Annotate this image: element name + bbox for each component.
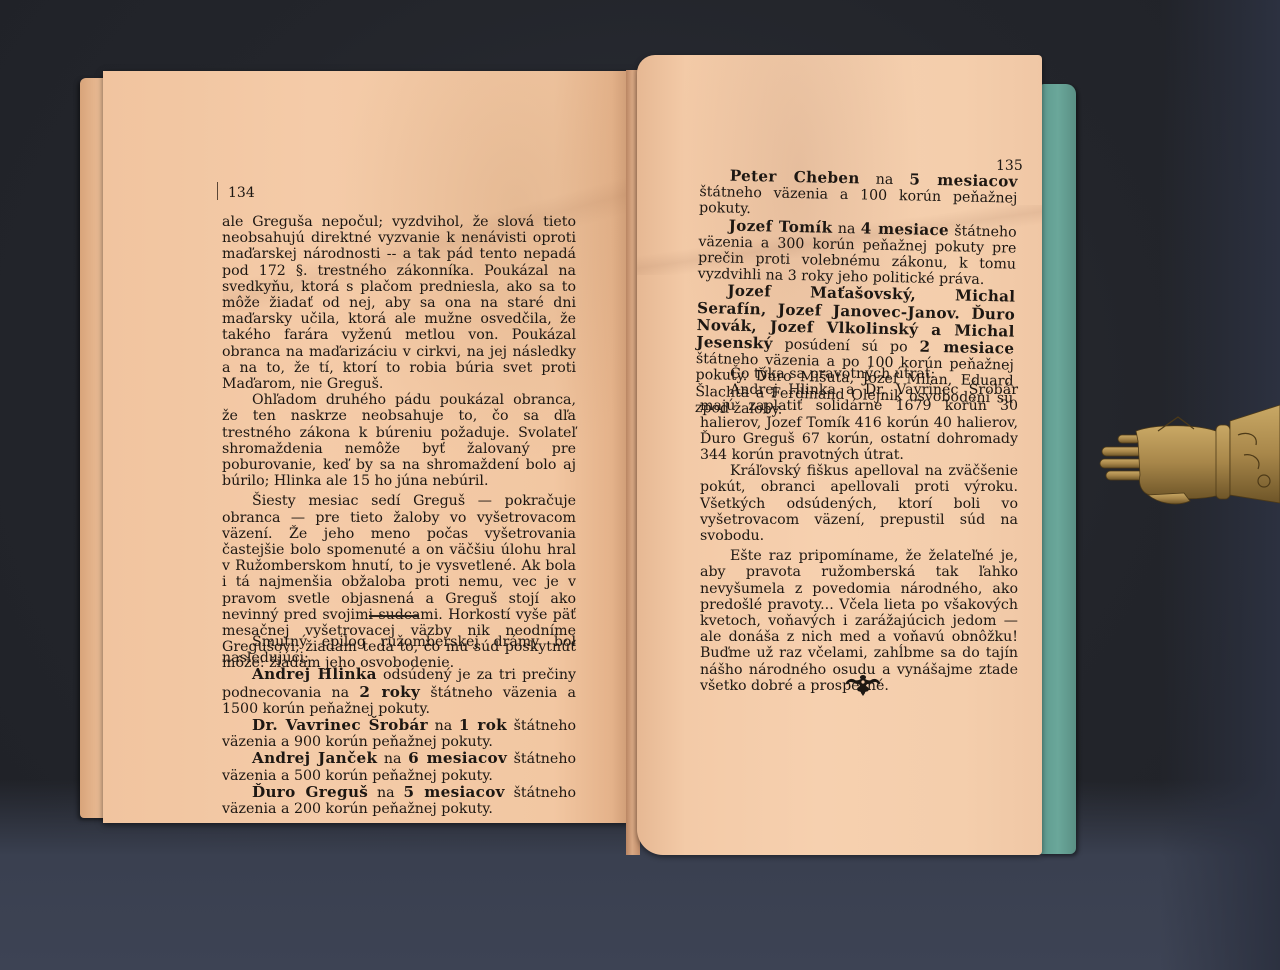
paragraph: Andrej Hlinka a Dr. Vavrinec Šrobár majú…	[700, 382, 1018, 463]
photo-scene: 134 ale Greguša nepočul; vyzdvihol, že s…	[0, 0, 1280, 970]
sentence-term: 4 mesiace	[861, 219, 950, 239]
fleuron-ornament-icon	[841, 672, 885, 698]
sentence-term: 2 roky	[359, 683, 420, 701]
sentence-term: 1 rok	[459, 716, 507, 734]
verdict-entry: Ďuro Greguš na 5 mesiacov štátneho väzen…	[222, 784, 576, 817]
page-number-left: 134	[228, 185, 255, 201]
defendant-name: Andrej Hlinka	[252, 665, 377, 683]
verdict-entry: Jozef Tomík na 4 mesiace štátneho väzeni…	[698, 217, 1017, 289]
defendant-name: Andrej Janček	[252, 749, 377, 767]
sentence-term: 5 mesiacov	[403, 783, 504, 801]
paragraph: Kráľovský fiškus apelloval na zväčšenie …	[700, 463, 1018, 544]
sentence-term: 2 mesiace	[919, 338, 1014, 358]
section-divider	[369, 615, 419, 617]
verdict-entry: Andrej Hlinka odsúdený je za tri prečiny…	[222, 666, 576, 717]
sentence-term: 5 mesiacov	[909, 170, 1018, 190]
green-cover-edge	[1040, 84, 1076, 854]
verdict-entry: Dr. Vavrinec Šrobár na 1 rok štátneho vä…	[222, 717, 576, 750]
verdict-entry: Peter Cheben na 5 mesiacov štátneho väze…	[699, 167, 1018, 223]
defendant-name: Dr. Vavrinec Šrobár	[252, 716, 428, 734]
epilog-section: Smutný epilog ružomberskej drámy bol nas…	[222, 634, 576, 817]
right-page-body: Čo týka sa pravotných útrat: Andrej Hlin…	[700, 366, 1018, 694]
defendant-name: Ďuro Greguš	[252, 783, 368, 801]
paragraph: Ohľadom druhého pádu poukázal obranca, ž…	[222, 392, 576, 489]
defendant-name: Jozef Tomík	[729, 216, 833, 236]
paragraph: Čo týka sa pravotných útrat:	[700, 366, 1018, 382]
verdict-entry: Andrej Janček na 6 mesiacov štátneho väz…	[222, 750, 576, 783]
brass-hand-clip	[1098, 395, 1280, 515]
sentence-term: 6 mesiacov	[408, 749, 507, 767]
left-page-body: ale Greguša nepočul; vyzdvihol, že slová…	[222, 214, 576, 672]
paragraph: ale Greguša nepočul; vyzdvihol, že slová…	[222, 214, 576, 392]
epilog-intro: Smutný epilog ružomberskej drámy bol nas…	[222, 634, 576, 666]
margin-mark	[217, 182, 218, 200]
